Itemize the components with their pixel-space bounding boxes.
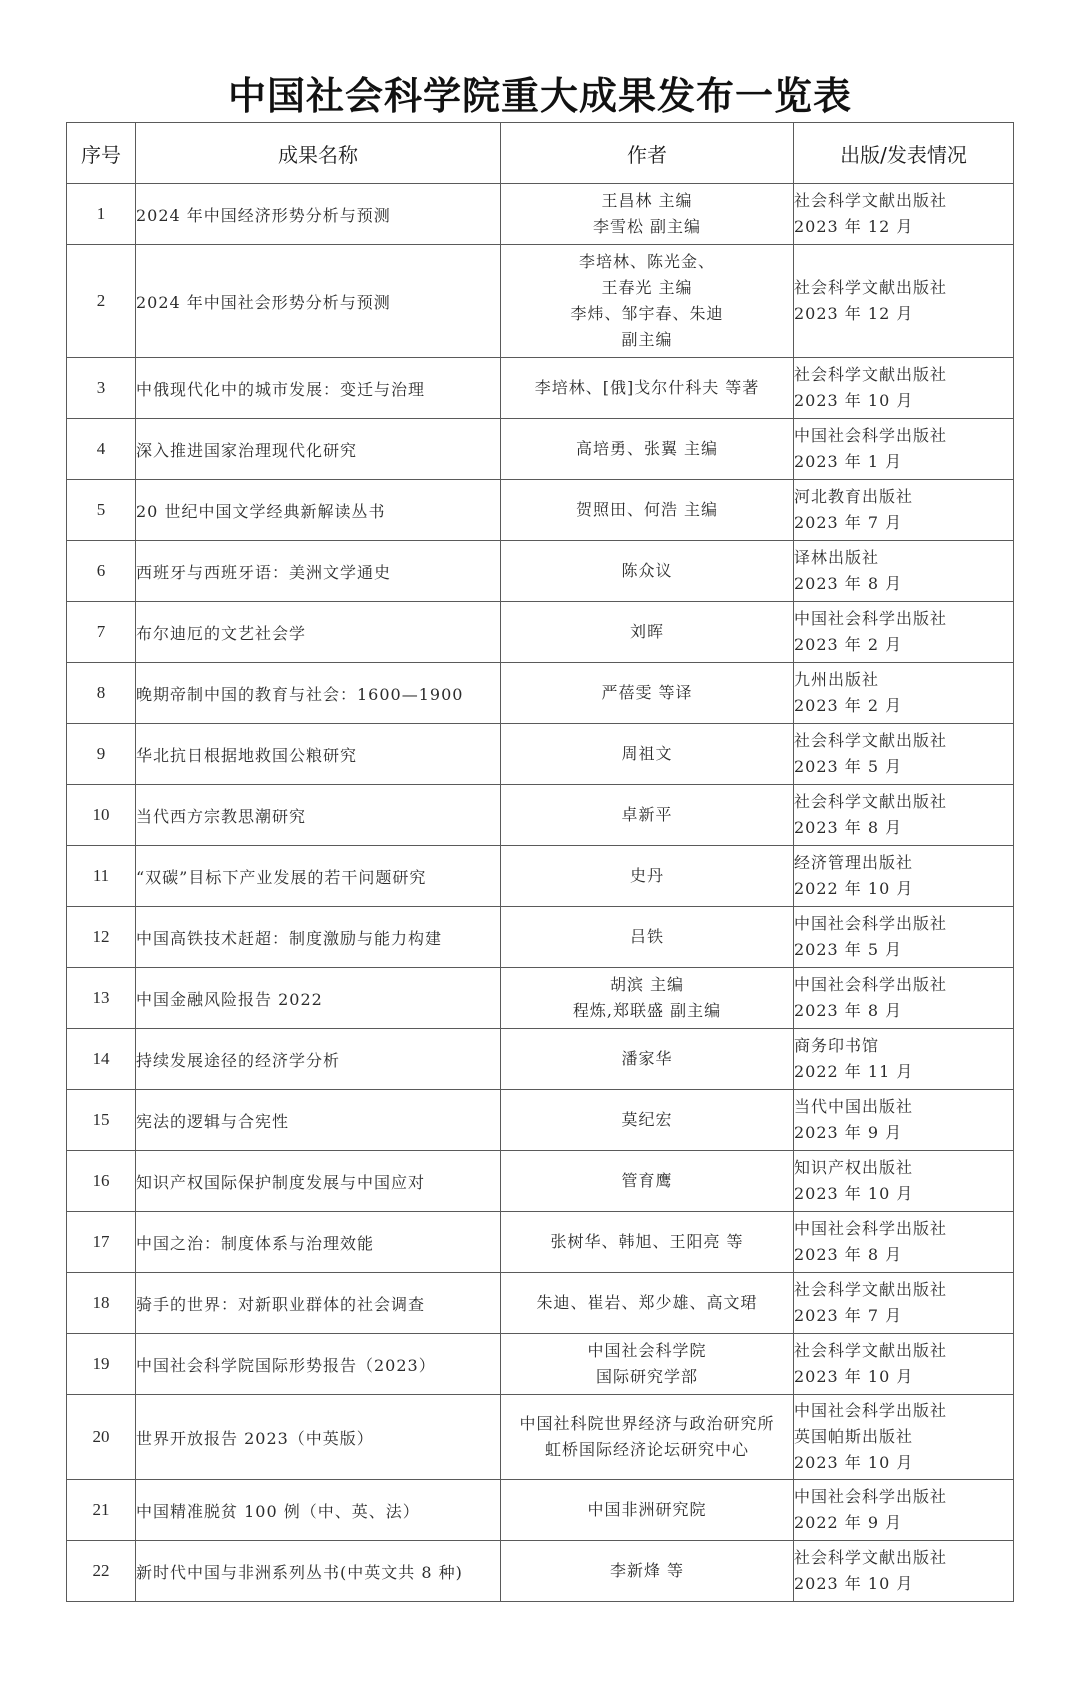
row-author: 莫纪宏: [501, 1090, 794, 1151]
publication-line: 当代中国出版社: [794, 1094, 1013, 1120]
publication-line: 2022 年 9 月: [794, 1510, 1013, 1536]
table-row: 9华北抗日根据地救国公粮研究周祖文社会科学文献出版社2023 年 5 月: [67, 724, 1014, 785]
publication-line: 社会科学文献出版社: [794, 1545, 1013, 1571]
row-publication: 中国社会科学出版社英国帕斯出版社2023 年 10 月: [794, 1395, 1014, 1480]
publication-line: 2023 年 12 月: [794, 214, 1013, 240]
header-title: 成果名称: [136, 123, 501, 184]
row-publication: 社会科学文献出版社2023 年 8 月: [794, 785, 1014, 846]
row-publication: 社会科学文献出版社2023 年 10 月: [794, 1541, 1014, 1602]
publication-line: 2023 年 10 月: [794, 1181, 1013, 1207]
publication-line: 译林出版社: [794, 545, 1013, 571]
row-author: 史丹: [501, 846, 794, 907]
row-index: 19: [67, 1334, 136, 1395]
row-author: 朱迪、崔岩、郑少雄、高文珺: [501, 1273, 794, 1334]
publication-line: 社会科学文献出版社: [794, 728, 1013, 754]
publication-line: 2023 年 12 月: [794, 301, 1013, 327]
row-author: 周祖文: [501, 724, 794, 785]
header-author: 作者: [501, 123, 794, 184]
publication-line: 社会科学文献出版社: [794, 789, 1013, 815]
table-row: 10当代西方宗教思潮研究卓新平社会科学文献出版社2023 年 8 月: [67, 785, 1014, 846]
results-table: 序号 成果名称 作者 出版/发表情况 12024 年中国经济形势分析与预测王昌林…: [66, 122, 1014, 1602]
publication-line: 中国社会科学出版社: [794, 1484, 1013, 1510]
row-title: 深入推进国家治理现代化研究: [136, 419, 501, 480]
row-publication: 中国社会科学出版社2022 年 9 月: [794, 1480, 1014, 1541]
row-publication: 社会科学文献出版社2023 年 5 月: [794, 724, 1014, 785]
row-author: 高培勇、张翼 主编: [501, 419, 794, 480]
author-line: 张树华、韩旭、王阳亮 等: [501, 1229, 793, 1255]
row-index: 16: [67, 1151, 136, 1212]
row-title: 当代西方宗教思潮研究: [136, 785, 501, 846]
publication-line: 社会科学文献出版社: [794, 1338, 1013, 1364]
publication-line: 2023 年 7 月: [794, 1303, 1013, 1329]
publication-line: 九州出版社: [794, 667, 1013, 693]
publication-line: 2023 年 1 月: [794, 449, 1013, 475]
row-title: 持续发展途径的经济学分析: [136, 1029, 501, 1090]
publication-line: 2023 年 8 月: [794, 571, 1013, 597]
author-line: 潘家华: [501, 1046, 793, 1072]
row-title: 2024 年中国经济形势分析与预测: [136, 184, 501, 245]
author-line: 程炼,郑联盛 副主编: [501, 998, 793, 1024]
author-line: 严蓓雯 等译: [501, 680, 793, 706]
row-publication: 河北教育出版社2023 年 7 月: [794, 480, 1014, 541]
row-publication: 社会科学文献出版社2023 年 12 月: [794, 245, 1014, 358]
table-row: 6西班牙与西班牙语：美洲文学通史陈众议译林出版社2023 年 8 月: [67, 541, 1014, 602]
publication-line: 2023 年 2 月: [794, 632, 1013, 658]
row-publication: 中国社会科学出版社2023 年 2 月: [794, 602, 1014, 663]
row-index: 20: [67, 1395, 136, 1480]
table-row: 520 世纪中国文学经典新解读丛书贺照田、何浩 主编河北教育出版社2023 年 …: [67, 480, 1014, 541]
row-author: 严蓓雯 等译: [501, 663, 794, 724]
row-index: 14: [67, 1029, 136, 1090]
row-title: 知识产权国际保护制度发展与中国应对: [136, 1151, 501, 1212]
row-index: 2: [67, 245, 136, 358]
row-title: 20 世纪中国文学经典新解读丛书: [136, 480, 501, 541]
table-row: 4深入推进国家治理现代化研究高培勇、张翼 主编中国社会科学出版社2023 年 1…: [67, 419, 1014, 480]
publication-line: 河北教育出版社: [794, 484, 1013, 510]
author-line: 高培勇、张翼 主编: [501, 436, 793, 462]
publication-line: 中国社会科学出版社: [794, 972, 1013, 998]
row-title: 世界开放报告 2023（中英版）: [136, 1395, 501, 1480]
author-line: 国际研究学部: [501, 1364, 793, 1390]
table-row: 3中俄现代化中的城市发展：变迁与治理李培林、[俄]戈尔什科夫 等著社会科学文献出…: [67, 358, 1014, 419]
table-row: 17中国之治：制度体系与治理效能张树华、韩旭、王阳亮 等中国社会科学出版社202…: [67, 1212, 1014, 1273]
row-publication: 社会科学文献出版社2023 年 12 月: [794, 184, 1014, 245]
author-line: 史丹: [501, 863, 793, 889]
row-index: 6: [67, 541, 136, 602]
table-row: 22新时代中国与非洲系列丛书(中英文共 8 种)李新烽 等社会科学文献出版社20…: [67, 1541, 1014, 1602]
publication-line: 2023 年 10 月: [794, 1364, 1013, 1390]
author-line: 吕铁: [501, 924, 793, 950]
author-line: 卓新平: [501, 802, 793, 828]
row-author: 卓新平: [501, 785, 794, 846]
row-title: 中国精准脱贫 100 例（中、英、法）: [136, 1480, 501, 1541]
author-line: 刘晖: [501, 619, 793, 645]
table-row: 13中国金融风险报告 2022胡滨 主编程炼,郑联盛 副主编中国社会科学出版社2…: [67, 968, 1014, 1029]
author-line: 李炜、邹宇春、朱迪: [501, 301, 793, 327]
row-title: 中国金融风险报告 2022: [136, 968, 501, 1029]
row-author: 吕铁: [501, 907, 794, 968]
row-title: 中国高铁技术赶超：制度激励与能力构建: [136, 907, 501, 968]
publication-line: 2023 年 10 月: [794, 388, 1013, 414]
table-row: 11“双碳”目标下产业发展的若干问题研究史丹经济管理出版社2022 年 10 月: [67, 846, 1014, 907]
row-index: 21: [67, 1480, 136, 1541]
table-row: 15宪法的逻辑与合宪性莫纪宏当代中国出版社2023 年 9 月: [67, 1090, 1014, 1151]
publication-line: 2023 年 8 月: [794, 998, 1013, 1024]
publication-line: 社会科学文献出版社: [794, 362, 1013, 388]
row-title: 骑手的世界：对新职业群体的社会调查: [136, 1273, 501, 1334]
row-author: 管育鹰: [501, 1151, 794, 1212]
row-publication: 中国社会科学出版社2023 年 1 月: [794, 419, 1014, 480]
publication-line: 2023 年 7 月: [794, 510, 1013, 536]
row-publication: 中国社会科学出版社2023 年 5 月: [794, 907, 1014, 968]
publication-line: 2023 年 2 月: [794, 693, 1013, 719]
row-title: 华北抗日根据地救国公粮研究: [136, 724, 501, 785]
table-row: 12024 年中国经济形势分析与预测王昌林 主编李雪松 副主编社会科学文献出版社…: [67, 184, 1014, 245]
row-author: 中国社科院世界经济与政治研究所虹桥国际经济论坛研究中心: [501, 1395, 794, 1480]
row-author: 李新烽 等: [501, 1541, 794, 1602]
row-title: 中国社会科学院国际形势报告（2023）: [136, 1334, 501, 1395]
row-author: 潘家华: [501, 1029, 794, 1090]
table-row: 21中国精准脱贫 100 例（中、英、法）中国非洲研究院中国社会科学出版社202…: [67, 1480, 1014, 1541]
author-line: 贺照田、何浩 主编: [501, 497, 793, 523]
row-index: 5: [67, 480, 136, 541]
table-row: 18骑手的世界：对新职业群体的社会调查朱迪、崔岩、郑少雄、高文珺社会科学文献出版…: [67, 1273, 1014, 1334]
row-title: 中国之治：制度体系与治理效能: [136, 1212, 501, 1273]
row-title: 中俄现代化中的城市发展：变迁与治理: [136, 358, 501, 419]
publication-line: 中国社会科学出版社: [794, 1398, 1013, 1424]
row-publication: 知识产权出版社2023 年 10 月: [794, 1151, 1014, 1212]
publication-line: 商务印书馆: [794, 1033, 1013, 1059]
row-publication: 译林出版社2023 年 8 月: [794, 541, 1014, 602]
row-index: 11: [67, 846, 136, 907]
publication-line: 经济管理出版社: [794, 850, 1013, 876]
author-line: 李雪松 副主编: [501, 214, 793, 240]
row-publication: 当代中国出版社2023 年 9 月: [794, 1090, 1014, 1151]
publication-line: 2023 年 10 月: [794, 1450, 1013, 1476]
row-author: 陈众议: [501, 541, 794, 602]
row-publication: 经济管理出版社2022 年 10 月: [794, 846, 1014, 907]
table-row: 8晚期帝制中国的教育与社会：1600—1900严蓓雯 等译九州出版社2023 年…: [67, 663, 1014, 724]
row-publication: 社会科学文献出版社2023 年 7 月: [794, 1273, 1014, 1334]
row-index: 12: [67, 907, 136, 968]
author-line: 李培林、陈光金、: [501, 249, 793, 275]
table-body: 12024 年中国经济形势分析与预测王昌林 主编李雪松 副主编社会科学文献出版社…: [67, 184, 1014, 1602]
author-line: 中国非洲研究院: [501, 1497, 793, 1523]
row-author: 贺照田、何浩 主编: [501, 480, 794, 541]
row-index: 1: [67, 184, 136, 245]
row-title: “双碳”目标下产业发展的若干问题研究: [136, 846, 501, 907]
row-index: 7: [67, 602, 136, 663]
row-index: 22: [67, 1541, 136, 1602]
row-index: 15: [67, 1090, 136, 1151]
publication-line: 2023 年 5 月: [794, 937, 1013, 963]
publication-line: 英国帕斯出版社: [794, 1424, 1013, 1450]
author-line: 中国社会科学院: [501, 1338, 793, 1364]
row-publication: 中国社会科学出版社2023 年 8 月: [794, 1212, 1014, 1273]
publication-line: 2022 年 11 月: [794, 1059, 1013, 1085]
page-title: 中国社会科学院重大成果发布一览表: [0, 72, 1080, 120]
author-line: 李新烽 等: [501, 1558, 793, 1584]
row-author: 胡滨 主编程炼,郑联盛 副主编: [501, 968, 794, 1029]
table-row: 14持续发展途径的经济学分析潘家华商务印书馆2022 年 11 月: [67, 1029, 1014, 1090]
author-line: 虹桥国际经济论坛研究中心: [501, 1437, 793, 1463]
row-index: 17: [67, 1212, 136, 1273]
publication-line: 社会科学文献出版社: [794, 1277, 1013, 1303]
row-author: 中国社会科学院国际研究学部: [501, 1334, 794, 1395]
publication-line: 2022 年 10 月: [794, 876, 1013, 902]
table-row: 20世界开放报告 2023（中英版）中国社科院世界经济与政治研究所虹桥国际经济论…: [67, 1395, 1014, 1480]
author-line: 王昌林 主编: [501, 188, 793, 214]
row-index: 10: [67, 785, 136, 846]
row-index: 4: [67, 419, 136, 480]
table-row: 16知识产权国际保护制度发展与中国应对管育鹰知识产权出版社2023 年 10 月: [67, 1151, 1014, 1212]
table-row: 12中国高铁技术赶超：制度激励与能力构建吕铁中国社会科学出版社2023 年 5 …: [67, 907, 1014, 968]
publication-line: 中国社会科学出版社: [794, 423, 1013, 449]
author-line: 胡滨 主编: [501, 972, 793, 998]
row-index: 18: [67, 1273, 136, 1334]
table-row: 19中国社会科学院国际形势报告（2023）中国社会科学院国际研究学部社会科学文献…: [67, 1334, 1014, 1395]
author-line: 王春光 主编: [501, 275, 793, 301]
publication-line: 2023 年 8 月: [794, 815, 1013, 841]
table-header-row: 序号 成果名称 作者 出版/发表情况: [67, 123, 1014, 184]
row-title: 宪法的逻辑与合宪性: [136, 1090, 501, 1151]
row-index: 9: [67, 724, 136, 785]
author-line: 朱迪、崔岩、郑少雄、高文珺: [501, 1290, 793, 1316]
header-index: 序号: [67, 123, 136, 184]
row-author: 中国非洲研究院: [501, 1480, 794, 1541]
row-index: 8: [67, 663, 136, 724]
row-author: 刘晖: [501, 602, 794, 663]
row-index: 13: [67, 968, 136, 1029]
author-line: 周祖文: [501, 741, 793, 767]
publication-line: 知识产权出版社: [794, 1155, 1013, 1181]
publication-line: 2023 年 10 月: [794, 1571, 1013, 1597]
author-line: 管育鹰: [501, 1168, 793, 1194]
publication-line: 2023 年 8 月: [794, 1242, 1013, 1268]
row-index: 3: [67, 358, 136, 419]
row-title: 新时代中国与非洲系列丛书(中英文共 8 种): [136, 1541, 501, 1602]
row-publication: 社会科学文献出版社2023 年 10 月: [794, 358, 1014, 419]
table-row: 22024 年中国社会形势分析与预测李培林、陈光金、王春光 主编李炜、邹宇春、朱…: [67, 245, 1014, 358]
row-author: 张树华、韩旭、王阳亮 等: [501, 1212, 794, 1273]
row-author: 李培林、陈光金、王春光 主编李炜、邹宇春、朱迪副主编: [501, 245, 794, 358]
author-line: 莫纪宏: [501, 1107, 793, 1133]
row-title: 晚期帝制中国的教育与社会：1600—1900: [136, 663, 501, 724]
row-author: 李培林、[俄]戈尔什科夫 等著: [501, 358, 794, 419]
row-title: 2024 年中国社会形势分析与预测: [136, 245, 501, 358]
row-title: 布尔迪厄的文艺社会学: [136, 602, 501, 663]
publication-line: 中国社会科学出版社: [794, 606, 1013, 632]
row-publication: 中国社会科学出版社2023 年 8 月: [794, 968, 1014, 1029]
row-publication: 九州出版社2023 年 2 月: [794, 663, 1014, 724]
author-line: 李培林、[俄]戈尔什科夫 等著: [501, 375, 793, 401]
author-line: 副主编: [501, 327, 793, 353]
author-line: 陈众议: [501, 558, 793, 584]
publication-line: 中国社会科学出版社: [794, 1216, 1013, 1242]
row-publication: 商务印书馆2022 年 11 月: [794, 1029, 1014, 1090]
publication-line: 2023 年 9 月: [794, 1120, 1013, 1146]
table-row: 7布尔迪厄的文艺社会学刘晖中国社会科学出版社2023 年 2 月: [67, 602, 1014, 663]
publication-line: 社会科学文献出版社: [794, 188, 1013, 214]
publication-line: 2023 年 5 月: [794, 754, 1013, 780]
author-line: 中国社科院世界经济与政治研究所: [501, 1411, 793, 1437]
row-publication: 社会科学文献出版社2023 年 10 月: [794, 1334, 1014, 1395]
publication-line: 社会科学文献出版社: [794, 275, 1013, 301]
row-author: 王昌林 主编李雪松 副主编: [501, 184, 794, 245]
header-publication: 出版/发表情况: [794, 123, 1014, 184]
publication-line: 中国社会科学出版社: [794, 911, 1013, 937]
row-title: 西班牙与西班牙语：美洲文学通史: [136, 541, 501, 602]
